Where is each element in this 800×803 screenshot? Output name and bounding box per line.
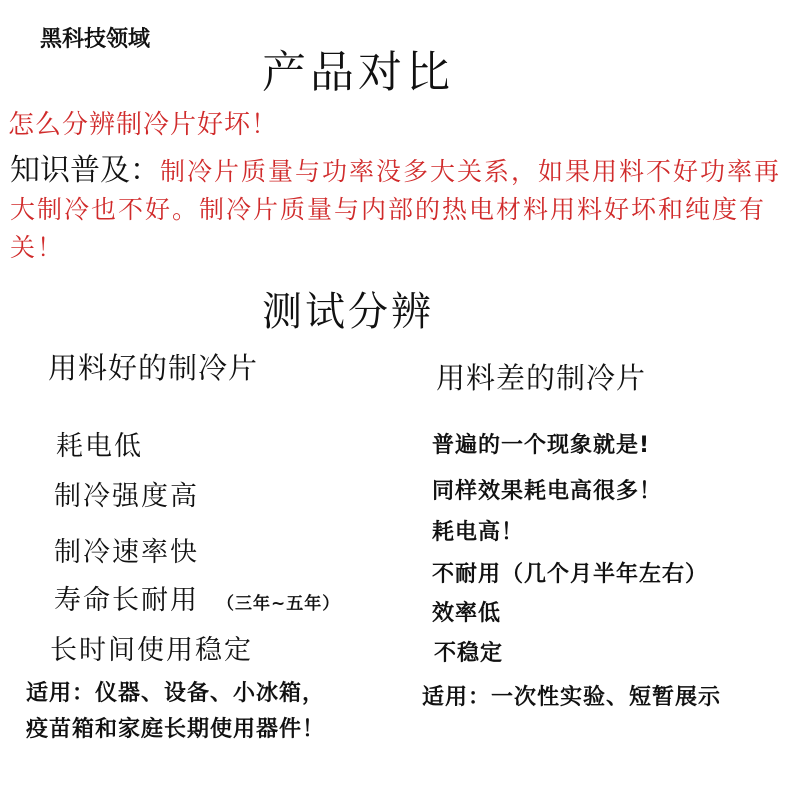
bad-column-title: 用料差的制冷片 [436, 356, 646, 397]
good-column-title: 用料好的制冷片 [48, 346, 258, 387]
section-title: 测试分辨 [262, 280, 434, 337]
bad-item: 同样效果耗电高很多！ [432, 474, 662, 505]
good-item: 制冷强度高 [54, 474, 199, 513]
good-item: 制冷速率快 [54, 530, 199, 569]
lifespan-note: （三年~五年） [217, 594, 340, 614]
knowledge-label: 知识普及： [10, 153, 160, 188]
good-item-lifespan: 寿命长耐用（三年~五年） [54, 578, 340, 617]
bad-item: 耗电高！ [432, 515, 524, 546]
good-usage-line2: 疫苗箱和家庭长期使用器件！ [26, 712, 325, 748]
bad-item: 不耐用（几个月半年左右） [432, 557, 708, 588]
bad-item: 效率低 [432, 596, 501, 627]
good-item-text: 寿命长耐用 [54, 585, 199, 616]
bad-usage: 适用：一次性实验、短暂展示 [422, 680, 721, 716]
bad-item: 普遍的一个现象就是! [432, 428, 650, 459]
question-heading: 怎么分辨制冷片好坏！ [8, 104, 278, 141]
page-title: 产品对比 [262, 36, 454, 100]
good-usage-line1: 适用：仪器、设备、小冰箱， [26, 676, 325, 712]
brand-label: 黑科技领域 [40, 22, 150, 53]
bad-item: 不稳定 [434, 636, 503, 667]
good-usage: 适用：仪器、设备、小冰箱， 疫苗箱和家庭长期使用器件！ [26, 676, 325, 748]
knowledge-paragraph: 知识普及：制冷片质量与功率没多大关系，如果用料不好功率再大制冷也不好。制冷片质量… [10, 152, 790, 266]
good-item: 耗电低 [56, 424, 143, 463]
good-item: 长时间使用稳定 [50, 628, 253, 667]
